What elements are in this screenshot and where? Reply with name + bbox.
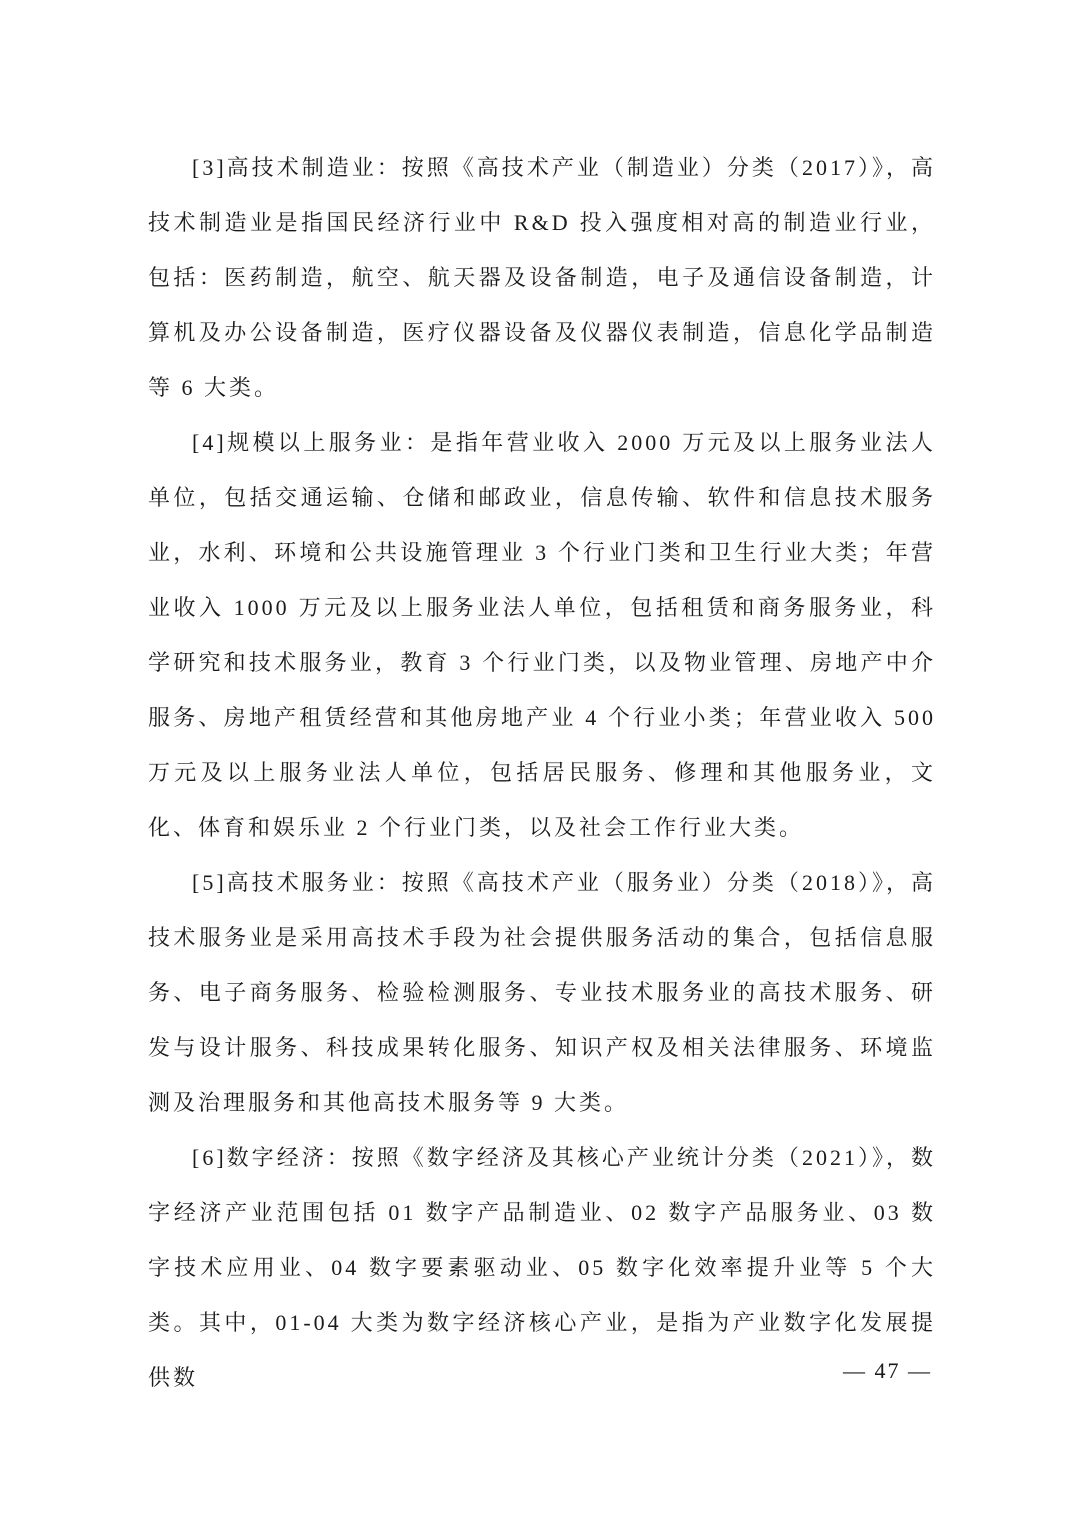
- document-page: [3]高技术制造业：按照《高技术产业（制造业）分类（2017）》，高技术制造业是…: [0, 0, 1074, 1520]
- footnote-paragraph-3: [3]高技术制造业：按照《高技术产业（制造业）分类（2017）》，高技术制造业是…: [148, 140, 936, 415]
- footnote-paragraph-5: [5]高技术服务业：按照《高技术产业（服务业）分类（2018）》，高技术服务业是…: [148, 855, 936, 1130]
- footnote-paragraph-6: [6]数字经济：按照《数字经济及其核心产业统计分类（2021）》，数字经济产业范…: [148, 1130, 936, 1405]
- footnote-paragraph-4: [4]规模以上服务业：是指年营业收入 2000 万元及以上服务业法人单位，包括交…: [148, 415, 936, 855]
- page-number: — 47 —: [843, 1356, 932, 1386]
- footnotes-text-block: [3]高技术制造业：按照《高技术产业（制造业）分类（2017）》，高技术制造业是…: [148, 140, 936, 1405]
